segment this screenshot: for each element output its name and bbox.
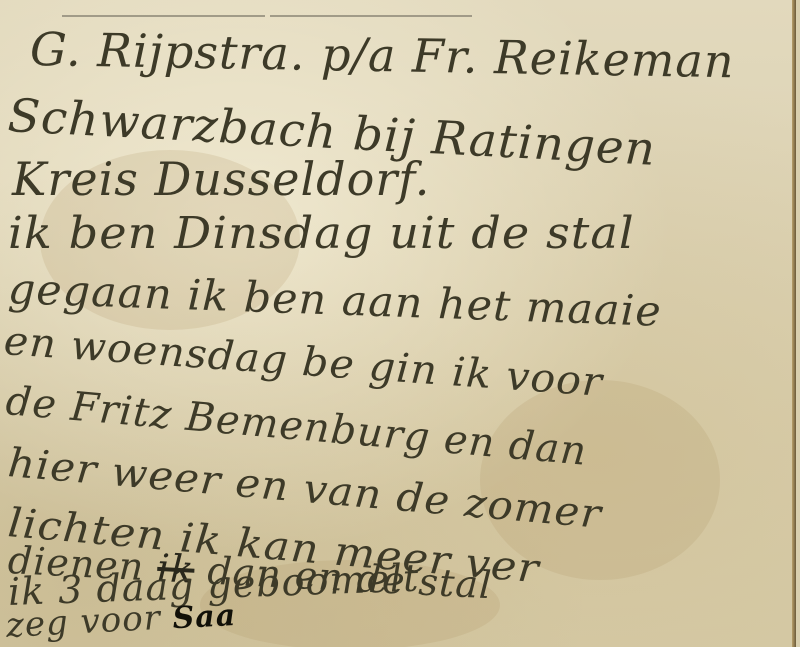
address-rule-left	[62, 15, 265, 17]
message-line-1: ik ben Dinsdag uit de stal	[8, 208, 635, 259]
card-edge	[792, 0, 796, 647]
address-line-3: Kreis Dusseldorf.	[12, 152, 430, 206]
address-rule-right	[270, 15, 472, 17]
postcard: G. Rijpstra. p/a Fr. Reikeman Schwarzbac…	[0, 0, 796, 647]
signature: Saa	[172, 598, 237, 636]
address-line-1: G. Rijpstra. p/a Fr. Reikeman	[30, 22, 735, 88]
closing-text: zeg voor	[5, 598, 162, 646]
